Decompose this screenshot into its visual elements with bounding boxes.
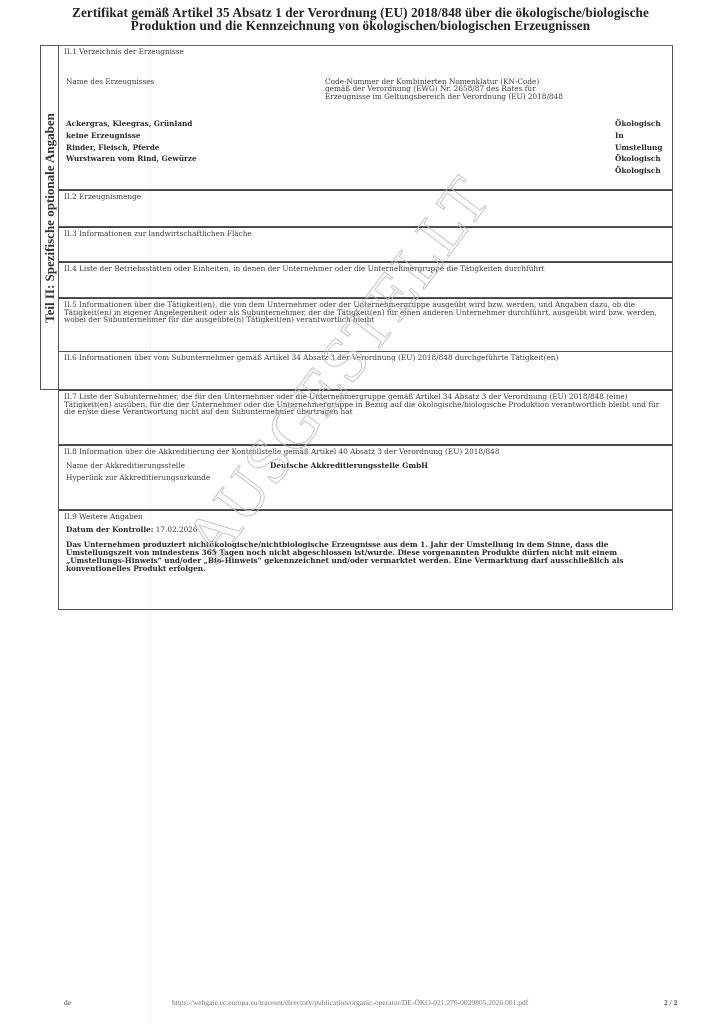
cn-code-header-line-3: Erzeugnisse im Geltungsbereich der Veror… bbox=[325, 93, 563, 100]
product-name: Wurstwaren vom Rind, Gewürze bbox=[66, 153, 197, 165]
section-heading: II.1 Verzeichnis der Erzeugnisse bbox=[64, 48, 667, 56]
section-heading: II.7 Liste der Subunternehmer, die für d… bbox=[64, 393, 667, 416]
conversion-note: Das Unternehmen produziert nichtökologis… bbox=[66, 541, 667, 572]
footer-page-number: 2 / 2 bbox=[664, 998, 677, 1007]
footer-url[interactable]: https://webgate.ec.europa.eu/tracesnt/di… bbox=[172, 998, 528, 1007]
section-heading: II.8 Information über die Akkreditierung… bbox=[64, 448, 667, 456]
inspection-date-label: Datum der Kontrolle: bbox=[66, 525, 153, 534]
section-ii-3: II.3 Informationen zur landwirtschaftlic… bbox=[58, 227, 673, 262]
section-heading: II.9 Weitere Angaben bbox=[64, 513, 667, 521]
product-status: Ökologisch bbox=[615, 153, 672, 165]
product-names: Ackergras, Kleegras, Grünland keine Erze… bbox=[66, 118, 197, 165]
side-label-column: Teil II: Spezifische optionale Angaben bbox=[40, 45, 58, 390]
product-statuses: Ökologisch In Umstellung Ökologisch Ökol… bbox=[615, 118, 672, 177]
section-ii-7: II.7 Liste der Subunternehmer, die für d… bbox=[58, 390, 673, 445]
title-line-2: Produktion und die Kennzeichnung von öko… bbox=[0, 19, 721, 32]
column-header-cn-code: Code-Nummer der Kombinierten Nomenklatur… bbox=[325, 78, 563, 100]
column-header-product-name: Name des Erzeugnisses bbox=[66, 78, 154, 86]
product-name: keine Erzeugnisse bbox=[66, 130, 197, 142]
product-status: Ökologisch bbox=[615, 165, 672, 177]
footer-language: de bbox=[64, 998, 71, 1007]
side-label: Teil II: Spezifische optionale Angaben bbox=[42, 113, 58, 323]
inspection-date: Datum der Kontrolle: 17.02.2026 bbox=[66, 526, 667, 534]
accreditation-body-label: Name der Akkreditierungsstelle bbox=[66, 462, 185, 470]
section-ii-2: II.2 Erzeugnismenge bbox=[58, 190, 673, 227]
section-heading: II.3 Informationen zur landwirtschaftlic… bbox=[64, 230, 667, 238]
section-ii-9: II.9 Weitere Angaben Datum der Kontrolle… bbox=[58, 510, 673, 610]
accreditation-hyperlink-label: Hyperlink zur Akkreditierungsurkunde bbox=[66, 474, 210, 482]
section-ii-8: II.8 Information über die Akkreditierung… bbox=[58, 445, 673, 510]
product-name: Ackergras, Kleegras, Grünland bbox=[66, 118, 197, 130]
document-title: Zertifikat gemäß Artikel 35 Absatz 1 der… bbox=[0, 6, 721, 32]
product-status: In Umstellung bbox=[615, 130, 672, 154]
section-ii-1: II.1 Verzeichnis der Erzeugnisse Name de… bbox=[58, 45, 673, 190]
product-name: Rinder, Fleisch, Pferde bbox=[66, 142, 197, 154]
section-heading: II.2 Erzeugnismenge bbox=[64, 193, 667, 201]
product-status: Ökologisch bbox=[615, 118, 672, 130]
